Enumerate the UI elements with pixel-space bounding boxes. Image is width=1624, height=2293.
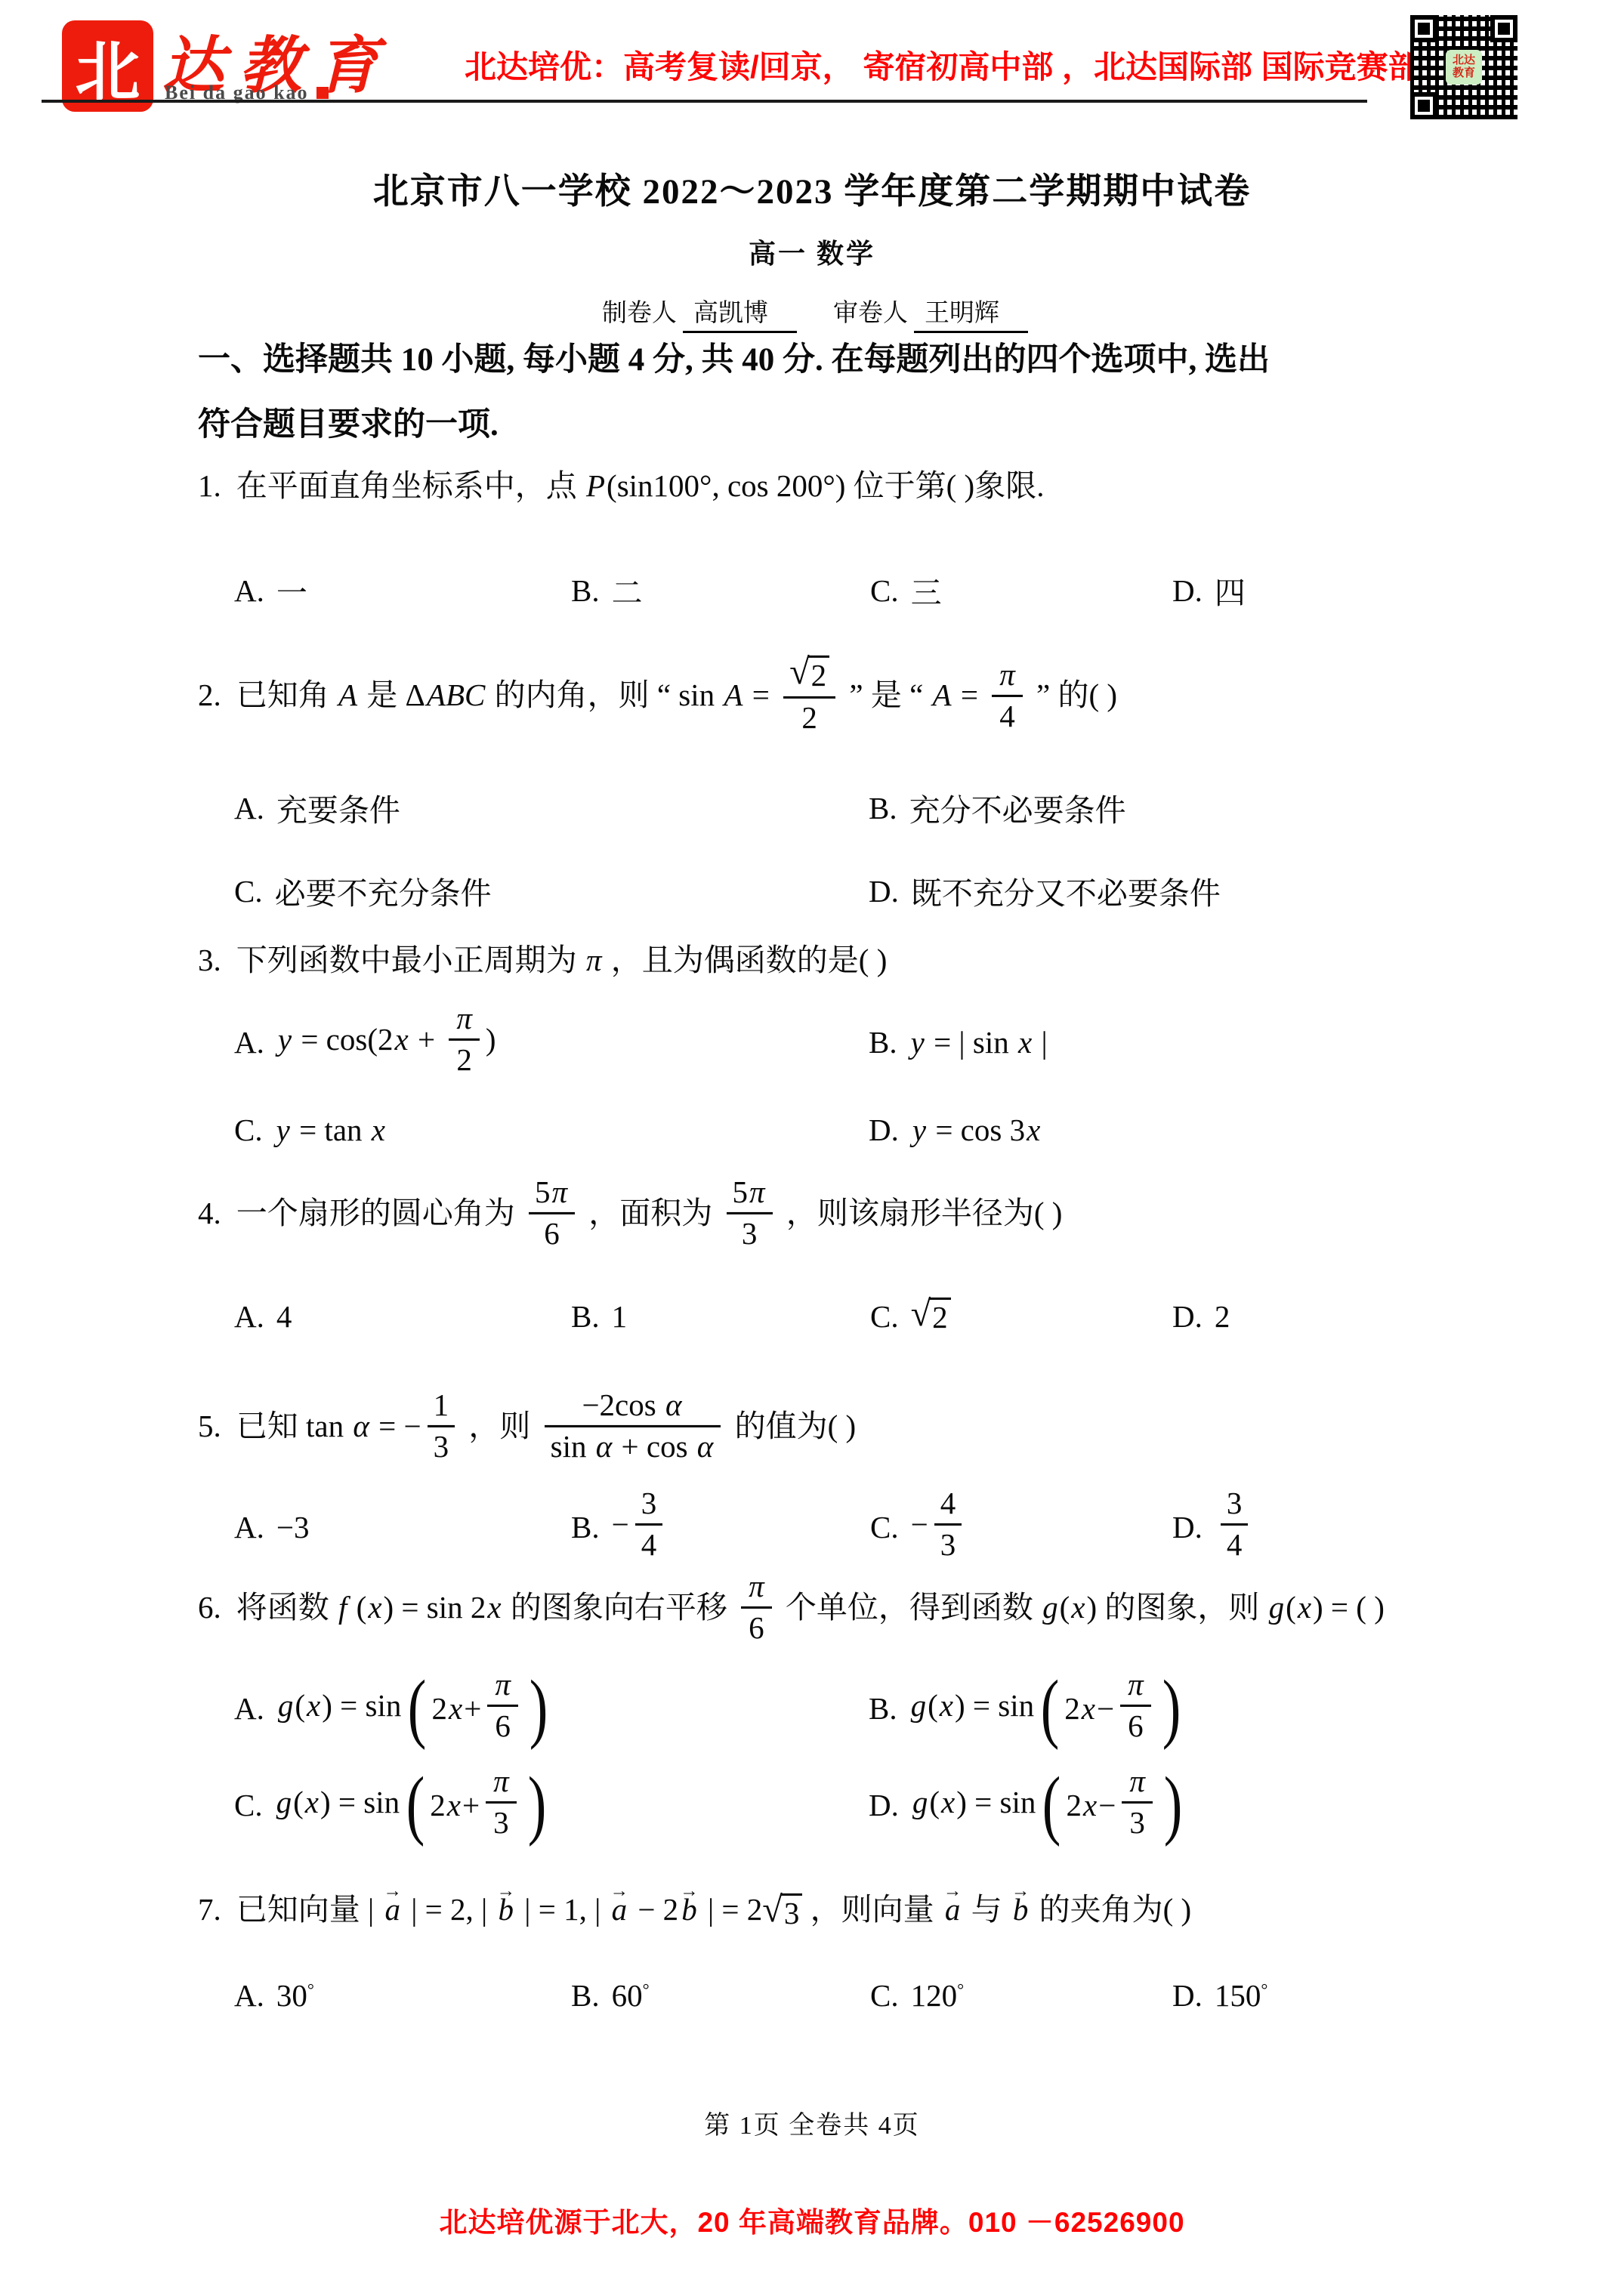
- q1-option-c: C.三: [870, 568, 1172, 613]
- q4-option-a: A.4: [234, 1298, 571, 1335]
- logo-seal-char: 北: [76, 20, 140, 113]
- exam-title: 北京市八一学校 2022～2023 学年度第二学期期中试卷: [0, 163, 1624, 214]
- q7-option-a: A.30°: [234, 1977, 571, 2014]
- q2-option-c: C.必要不充分条件: [234, 869, 869, 913]
- red-square-icon: [316, 87, 329, 99]
- q1-option-b: B.二: [571, 568, 870, 613]
- question-1: 1.在平面直角坐标系中，点 P(sin100°, cos 200°) 位于第( …: [198, 467, 1497, 505]
- question-7-number: 7.: [198, 1892, 221, 1927]
- q1-option-d: D.四: [1172, 568, 1497, 613]
- q4-option-b: B.1: [571, 1298, 870, 1335]
- question-6-number: 6.: [198, 1590, 221, 1625]
- q7-option-b: B.60°: [571, 1977, 870, 2014]
- q6-option-b: B.g(x) = sin(2x − π6): [869, 1671, 1497, 1747]
- question-6: 6.将函数 f (x) = sin 2x 的图象向右平移 π6 个单位，得到函数…: [198, 1572, 1497, 1649]
- qr-label-line1: 北达: [1453, 54, 1475, 67]
- q5-option-a: A.−3: [234, 1509, 571, 1545]
- reviewer-name: 王明辉: [914, 300, 1028, 333]
- q3-option-a: A.y = cos(2x + π2): [234, 1005, 869, 1081]
- qr-finder-icon: [1410, 92, 1437, 119]
- q5-option-c: C.−43: [870, 1489, 1172, 1566]
- question-3: 3.下列函数中最小正周期为 π ，且为偶函数的是( ): [198, 941, 1497, 980]
- qr-code: 北达 教育: [1410, 15, 1517, 119]
- question-5-options: A.−3 B.−34 C.−43 D.34: [234, 1489, 1497, 1566]
- question-2-options-row2: C.必要不充分条件 D.既不充分又不必要条件: [234, 869, 1497, 913]
- q6-option-a: A.g(x) = sin(2x+π6): [234, 1671, 869, 1747]
- question-5-stem: 已知 tan α = −13 ，则 −2cos αsin α + cos α 的…: [236, 1409, 856, 1443]
- question-3-number: 3.: [198, 943, 221, 977]
- question-2-number: 2.: [198, 677, 221, 712]
- section-header-line2: 符合题目要求的一项.: [198, 405, 1497, 446]
- q7-option-d: D.150°: [1172, 1977, 1497, 2014]
- q3-option-b: B.y = | sin x |: [869, 1024, 1497, 1060]
- question-6-stem: 将函数 f (x) = sin 2x 的图象向右平移 π6 个单位，得到函数 g…: [236, 1590, 1385, 1625]
- page-footer: 第 1页 全卷共 4页: [0, 2104, 1624, 2141]
- qr-finder-icon: [1490, 15, 1517, 42]
- question-2-options-row1: A.充要条件 B.充分不必要条件: [234, 785, 1497, 830]
- maker-name: 高凯博: [683, 300, 797, 333]
- question-3-options-row2: C.y = tan x D.y = cos 3x: [234, 1112, 1497, 1148]
- q1-option-a: A.一: [234, 568, 571, 613]
- section-header-line1: 一、选择题共 10 小题, 每小题 4 分, 共 40 分. 在每题列出的四个选…: [198, 340, 1497, 381]
- question-5-number: 5.: [198, 1409, 221, 1443]
- logo-seal: 北: [64, 23, 151, 110]
- question-7-stem: 已知向量 | a | = 2, | b | = 1, | a − 2b | = …: [236, 1892, 1191, 1927]
- q4-option-c: C.√2: [870, 1296, 1172, 1336]
- maker-label: 制卷人: [602, 300, 677, 327]
- qr-center-label: 北达 教育: [1446, 50, 1482, 85]
- q2-option-a: A.充要条件: [234, 785, 869, 830]
- q6-option-c: C.g(x) = sin(2x + π3): [234, 1767, 869, 1844]
- question-4-number: 4.: [198, 1196, 221, 1230]
- question-6-options-row1: A.g(x) = sin(2x+π6) B.g(x) = sin(2x − π6…: [234, 1671, 1497, 1747]
- question-1-stem: 在平面直角坐标系中，点 P(sin100°, cos 200°) 位于第( )象…: [236, 468, 1045, 503]
- question-6-options-row2: C.g(x) = sin(2x + π3) D.g(x) = sin(2x − …: [234, 1767, 1497, 1844]
- q4-option-d: D.2: [1172, 1298, 1497, 1335]
- authors-line: 制卷人高凯博审卷人王明辉: [0, 293, 1624, 329]
- q2-option-b: B.充分不必要条件: [869, 785, 1497, 830]
- question-4-stem: 一个扇形的圆心角为 5π6 ，面积为 5π3 ，则该扇形半径为( ): [236, 1196, 1063, 1230]
- question-3-stem: 下列函数中最小正周期为 π ，且为偶函数的是( ): [236, 943, 888, 977]
- question-4-options: A.4 B.1 C.√2 D.2: [234, 1296, 1497, 1336]
- q3-option-c: C.y = tan x: [234, 1112, 869, 1148]
- question-5: 5.已知 tan α = −13 ，则 −2cos αsin α + cos α…: [198, 1391, 1497, 1467]
- exam-subtitle: 高一 数学: [0, 233, 1624, 271]
- question-1-options: A.一 B.二 C.三 D.四: [234, 568, 1497, 613]
- q3-option-d: D.y = cos 3x: [869, 1112, 1497, 1148]
- question-2: 2.已知角 A 是 ΔABC 的内角，则 “ sin A = √22 ” 是 “…: [198, 659, 1497, 739]
- question-7-options: A.30° B.60° C.120° D.150°: [234, 1977, 1497, 2014]
- q2-option-d: D.既不充分又不必要条件: [869, 869, 1497, 913]
- reviewer-label: 审卷人: [833, 300, 908, 327]
- qr-label-line2: 教育: [1453, 67, 1475, 80]
- question-7: 7.已知向量 | a | = 2, | b | = 1, | a − 2b | …: [198, 1882, 1497, 1932]
- question-2-stem: 已知角 A 是 ΔABC 的内角，则 “ sin A = √22 ” 是 “ A…: [236, 677, 1117, 712]
- q7-option-c: C.120°: [870, 1977, 1172, 2014]
- qr-finder-icon: [1410, 15, 1437, 42]
- question-4: 4.一个扇形的圆心角为 5π6 ，面积为 5π3 ，则该扇形半径为( ): [198, 1178, 1497, 1255]
- question-1-number: 1.: [198, 468, 221, 503]
- brand-footer: 北达培优源于北大，20 年高端教育品牌。010 －62526900: [0, 2199, 1624, 2240]
- header-divider: [42, 100, 1367, 103]
- header-slogan: 北达培优：高考复读/回京， 寄宿初高中部 ，北达国际部 国际竞赛部: [465, 42, 1379, 88]
- q5-option-d: D.34: [1172, 1489, 1497, 1566]
- exam-page: 北 达教育 Bei da gao kao 北达培优：高考复读/回京， 寄宿初高中…: [0, 0, 1624, 2293]
- question-3-options-row1: A.y = cos(2x + π2) B.y = | sin x |: [234, 1005, 1497, 1081]
- q6-option-d: D.g(x) = sin(2x − π3): [869, 1767, 1497, 1844]
- q5-option-b: B.−34: [571, 1489, 870, 1566]
